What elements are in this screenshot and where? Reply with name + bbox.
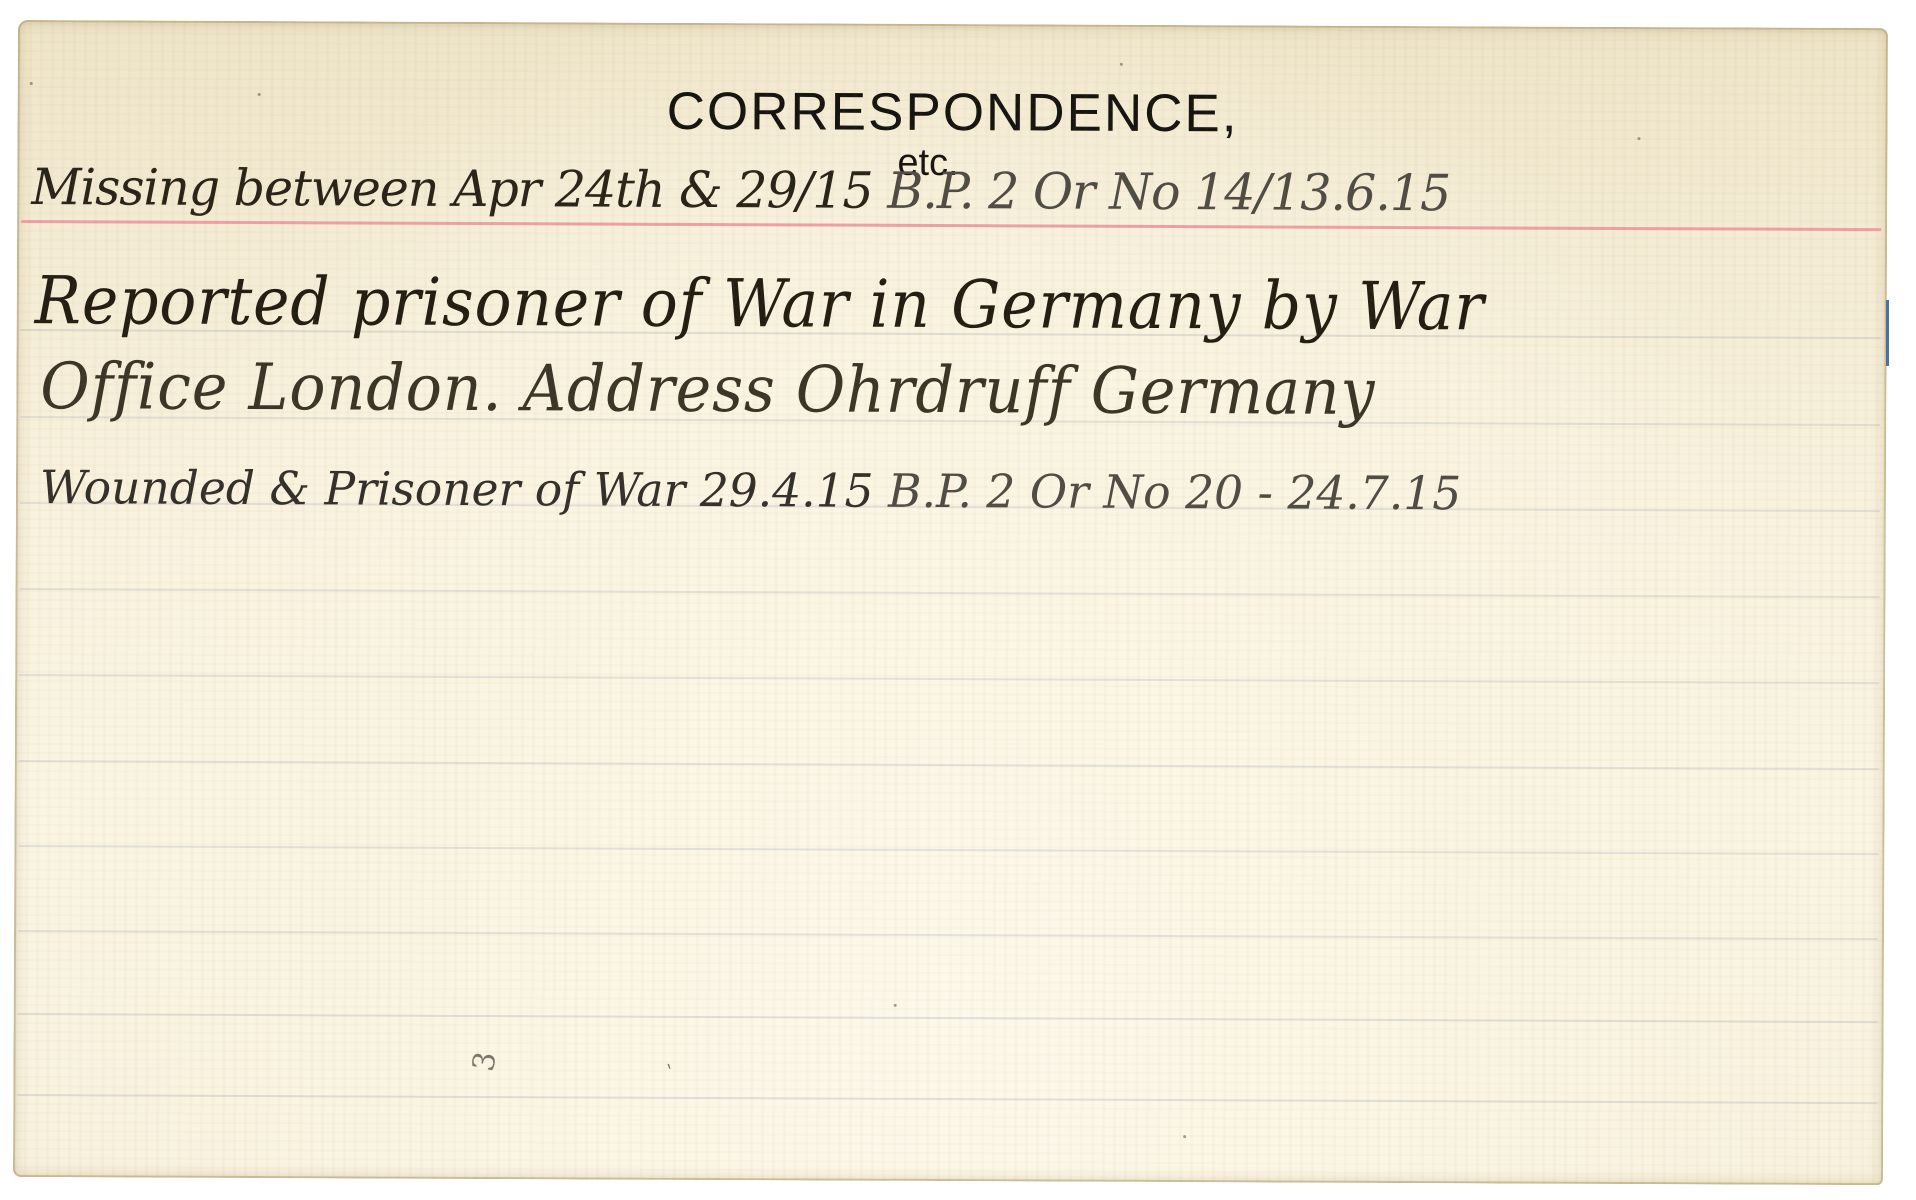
- handwritten-entry-3: Office London. Address Ohrdruff Germany: [40, 350, 1375, 430]
- ruled-line: [18, 930, 1878, 940]
- paper-speck: [894, 1004, 897, 1007]
- entry-4-pencil-text: B.P. 2 Or No 20 - 24.7.15: [873, 464, 1461, 521]
- stray-pencil-mark: ˋ: [657, 1062, 676, 1089]
- ruled-line: [19, 674, 1879, 684]
- paper-speck: [1183, 1135, 1186, 1138]
- paper-speck: [30, 82, 33, 85]
- ruled-line: [17, 1094, 1877, 1104]
- card-title: CORRESPONDENCE,: [17, 78, 1887, 147]
- entry-4-ink-text: Wounded & Prisoner of War 29.4.15: [40, 460, 874, 518]
- paper-speck: [1637, 137, 1640, 140]
- handwritten-entry-4: Wounded & Prisoner of War 29.4.15 B.P. 2…: [40, 460, 1462, 520]
- handwritten-entry-2: Reported prisoner of War in Germany by W…: [35, 262, 1485, 345]
- entry-2-ink-text: Reported prisoner of War in Germany by W…: [35, 262, 1485, 345]
- paper-speck: [258, 93, 261, 96]
- stray-pencil-mark: 3: [466, 1049, 504, 1074]
- correspondence-index-card: CORRESPONDENCE, etc. Missing between Apr…: [13, 20, 1888, 1185]
- ruled-line: [19, 760, 1879, 770]
- handwritten-entry-1: Missing between Apr 24th & 29/15 B.P. 2 …: [31, 158, 1450, 222]
- ruled-line: [18, 845, 1878, 855]
- entry-1-ink-text: Missing between Apr 24th & 29/15: [31, 158, 873, 220]
- entry-3-ink-text: Office London. Address Ohrdruff Germany: [40, 350, 1375, 430]
- ruled-line: [18, 1013, 1878, 1023]
- paper-speck: [1120, 63, 1123, 66]
- ruled-line: [20, 588, 1880, 598]
- edge-blue-mark: [1886, 300, 1889, 366]
- entry-1-pencil-text: B.P. 2 Or No 14/13.6.15: [873, 162, 1451, 223]
- header-red-rule: [21, 220, 1881, 231]
